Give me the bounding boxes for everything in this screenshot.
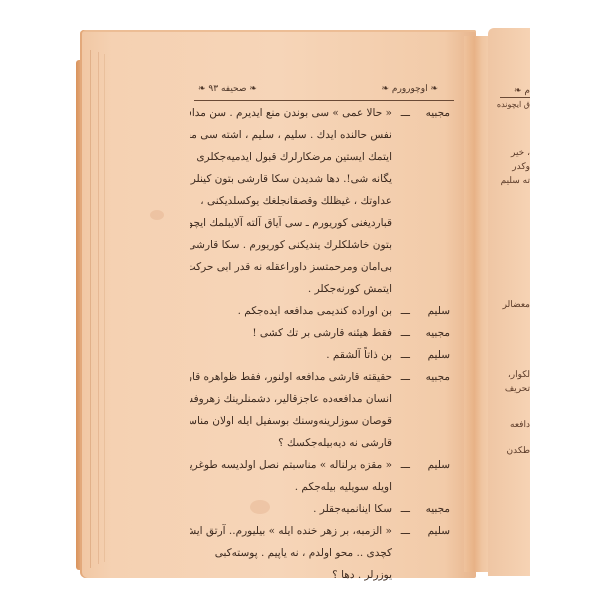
book-gutter	[464, 36, 490, 572]
right-page-fragment: ته سلیم	[501, 176, 530, 186]
line-text: عداوتك ، غیظلك وقصقانجلغك یوكسلدیكنی ،	[200, 190, 392, 212]
dialogue-line: ایتمك ایستین مرضكارلرك قبول ایدمیه‌جكلری	[190, 146, 450, 168]
dialogue-line: ایتمش كورنه‌جكلر .	[190, 278, 450, 300]
right-page-fragment: دافعه	[510, 420, 530, 430]
dialogue-line: سلیمـــ« الزمبه، بر زهر خنده ایله » بیلی…	[190, 520, 450, 542]
page-edge-line	[104, 54, 105, 562]
dialogue-dash: ـــ	[401, 366, 410, 388]
line-text: بن ذاتاً آلشقم .	[326, 344, 392, 366]
dialogue-line: كچدی .. محو اولدم ، نه یاپیم . پوسته‌كبی	[190, 542, 450, 564]
right-page-fragment: تحریف	[505, 384, 530, 394]
right-page: م ❧ ق ایچونده ، خیر وكدر ته سلیم معضالر …	[488, 28, 530, 576]
speaker-name: سلیم	[418, 454, 450, 476]
line-text: سكا اینانمیه‌جقلر .	[313, 498, 392, 520]
line-text: حقیقته قارشی مدافعه اولنور، فقط ظواهره ق…	[190, 366, 392, 388]
page-edge-line	[98, 52, 99, 564]
speaker-name: سلیم	[418, 344, 450, 366]
line-text: « حالا عمی » سی بوندن منع ایدیرم . سن مد…	[190, 102, 392, 124]
dialogue-line: انسان مدافعه‌ده عاجزقالیر، دشمنلرینك زهر…	[190, 388, 450, 410]
line-text: « الزمبه، بر زهر خنده ایله » بیلیورم.. آ…	[190, 520, 392, 542]
dialogue-line: مجبیهـــسكا اینانمیه‌جقلر .	[190, 498, 450, 520]
page-header: ❧ صحیفه ۹۳ ❧ ❧ اوچورورم ❧	[198, 84, 438, 100]
right-page-subheader: ق ایچونده	[497, 100, 530, 109]
line-text: قوصان سوزلرینه‌وسنك بوسفیل ایله اولان من…	[190, 410, 392, 432]
dialogue-line: بی‌امان ومرحمتسز داوراعقله نه قدر ابی حر…	[190, 256, 450, 278]
speaker-name: مجبیه	[418, 322, 450, 344]
line-text: بتون خاشلكلرك یندیكنی كوریورم . سكا قارش…	[190, 234, 392, 256]
right-page-fragment: وكدر	[512, 162, 530, 172]
dialogue-line: قوصان سوزلرینه‌وسنك بوسفیل ایله اولان من…	[190, 410, 450, 432]
right-header-rule	[500, 97, 530, 98]
dialogue-dash: ـــ	[401, 322, 410, 344]
speaker-name: مجبیه	[418, 102, 450, 124]
dialogue-line: مجبیهـــ« حالا عمی » سی بوندن منع ایدیرم…	[190, 102, 450, 124]
page-edge-line	[90, 50, 91, 568]
speaker-name: سلیم	[418, 300, 450, 322]
line-text: قباردیغنی كوریورم ـ سی آیاق آلته آلایبلم…	[190, 212, 392, 234]
dialogue-line: یوزرلر . دها ؟	[190, 564, 450, 586]
dialogue-line: نفس حالنده ایدك . سلیم ، سلیم ، اشته سی …	[190, 124, 450, 146]
dialogue-line: قارشی نه دیه‌بیله‌جكسك ؟	[190, 432, 450, 454]
right-page-fragment: ، خیر	[511, 148, 530, 158]
dialogue-dash: ـــ	[401, 344, 410, 366]
speaker-name: مجبیه	[418, 498, 450, 520]
dialogue-dash: ـــ	[401, 102, 410, 124]
line-text: فقط هیئنه قارشی بر تك كشی !	[252, 322, 392, 344]
speaker-name: سلیم	[418, 520, 450, 542]
dialogue-line: قباردیغنی كوریورم ـ سی آیاق آلته آلایبلم…	[190, 212, 450, 234]
line-text: قارشی نه دیه‌بیله‌جكسك ؟	[278, 432, 392, 454]
dialogue-line: اویله سویلیه بیله‌جكم .	[190, 476, 450, 498]
dialogue-dash: ـــ	[401, 454, 410, 476]
header-rule	[194, 100, 454, 101]
dialogue-text: مجبیهـــ« حالا عمی » سی بوندن منع ایدیرم…	[190, 102, 450, 586]
dialogue-line: مجبیهـــفقط هیئنه قارشی بر تك كشی !	[190, 322, 450, 344]
line-text: نفس حالنده ایدك . سلیم ، سلیم ، اشته سی …	[190, 124, 392, 146]
paper-stain	[150, 210, 164, 220]
dialogue-dash: ـــ	[401, 520, 410, 542]
dialogue-line: بتون خاشلكلرك یندیكنی كوریورم . سكا قارش…	[190, 234, 450, 256]
line-text: ایتمك ایستین مرضكارلرك قبول ایدمیه‌جكلری	[196, 146, 392, 168]
right-page-header: م ❧	[514, 86, 530, 96]
dialogue-line: یگانه شی!. دها شدیدن سكا قارشی بتون كینل…	[190, 168, 450, 190]
running-title: ❧ اوچورورم ❧	[382, 84, 438, 94]
right-page-fragment: لكوار،	[508, 370, 530, 380]
line-text: اویله سویلیه بیله‌جكم .	[295, 476, 392, 498]
right-page-fragment: طكدن	[507, 446, 530, 456]
dialogue-line: سلیمـــبن اوراده كندیمی مدافعه ایده‌جكم …	[190, 300, 450, 322]
line-text: بی‌امان ومرحمتسز داوراعقله نه قدر ابی حر…	[190, 256, 392, 278]
dialogue-dash: ـــ	[401, 498, 410, 520]
right-page-fragment: معضالر	[503, 300, 530, 310]
dialogue-line: سلیمـــ« مقزه برلناله » مناسبتم نصل اولد…	[190, 454, 450, 476]
dialogue-dash: ـــ	[401, 300, 410, 322]
line-text: « مقزه برلناله » مناسبتم نصل اولدیسه طوغ…	[190, 454, 392, 476]
speaker-name: مجبیه	[418, 366, 450, 388]
dialogue-line: عداوتك ، غیظلك وقصقانجلغك یوكسلدیكنی ،	[190, 190, 450, 212]
line-text: یوزرلر . دها ؟	[332, 564, 392, 586]
line-text: یگانه شی!. دها شدیدن سكا قارشی بتون كینل…	[190, 168, 392, 190]
line-text: ایتمش كورنه‌جكلر .	[308, 278, 392, 300]
line-text: كچدی .. محو اولدم ، نه یاپیم . پوسته‌كبی	[215, 542, 392, 564]
page-number-label: ❧ صحیفه ۹۳ ❧	[198, 84, 257, 94]
line-text: بن اوراده كندیمی مدافعه ایده‌جكم .	[238, 300, 392, 322]
line-text: انسان مدافعه‌ده عاجزقالیر، دشمنلرینك زهر…	[190, 388, 392, 410]
dialogue-line: سلیمـــبن ذاتاً آلشقم .	[190, 344, 450, 366]
dialogue-line: مجبیهـــحقیقته قارشی مدافعه اولنور، فقط …	[190, 366, 450, 388]
